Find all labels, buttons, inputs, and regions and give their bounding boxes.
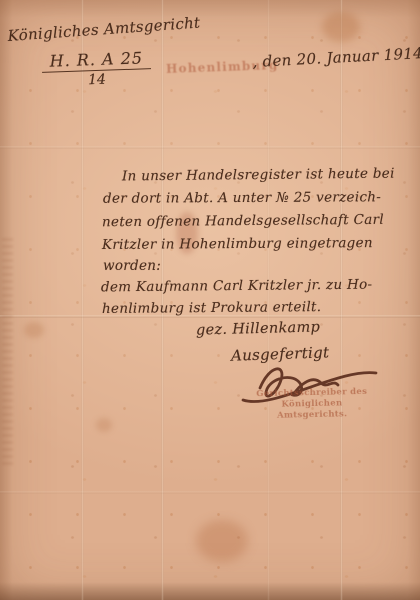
handwritten-line: Kritzler in Hohenlimburg eingetragen bbox=[102, 235, 373, 253]
handwritten-line: neten offenen Handelsgesellschaft Carl bbox=[102, 212, 384, 230]
file-number-year: 14 bbox=[42, 69, 152, 90]
file-number: H. R. A 25 14 bbox=[41, 48, 152, 90]
office-stamp-line1: Gerichtsschreiber des Königlichen bbox=[234, 386, 390, 411]
paper-stain bbox=[322, 12, 360, 42]
ink-bleedthrough-strip bbox=[2, 238, 13, 468]
handwritten-line: worden: bbox=[103, 258, 161, 274]
paper-stain bbox=[96, 418, 112, 432]
fold-crease-vertical bbox=[340, 0, 343, 600]
handwritten-line: der dort in Abt. A unter № 25 verzeich- bbox=[103, 189, 381, 206]
paper-stain bbox=[196, 520, 248, 562]
date-line: , den 20. Januar 1914. bbox=[252, 44, 420, 71]
handwritten-line: dem Kaufmann Carl Kritzler jr. zu Ho- bbox=[101, 277, 373, 296]
fold-crease-vertical bbox=[81, 0, 84, 600]
office-stamp: Gerichtsschreiber des Königlichen Amtsge… bbox=[234, 386, 391, 422]
handwritten-line: In unser Handelsregister ist heute bei bbox=[122, 166, 395, 185]
fold-crease-horizontal bbox=[0, 491, 420, 494]
paper-stain bbox=[24, 322, 44, 338]
fold-crease-horizontal bbox=[0, 146, 420, 149]
document-page: Königliches Amtsgericht H. R. A 25 14 Ho… bbox=[0, 0, 420, 600]
court-name: Königliches Amtsgericht bbox=[7, 14, 201, 45]
office-stamp-line2: Amtsgerichts. bbox=[234, 408, 390, 422]
handwritten-line: henlimburg ist Prokura erteilt. bbox=[102, 299, 321, 317]
signed-by-line: gez. Hillenkamp bbox=[196, 319, 321, 338]
